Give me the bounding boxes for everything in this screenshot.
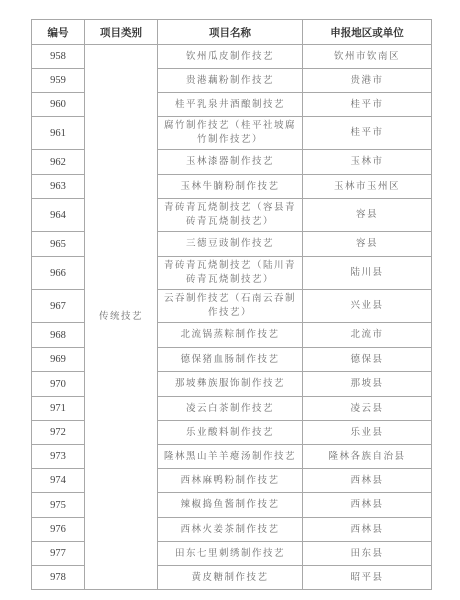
item-name: 桂平乳泉井酒酿制技艺 bbox=[158, 93, 303, 117]
item-number: 973 bbox=[32, 445, 85, 469]
item-region: 凌云县 bbox=[303, 397, 432, 421]
item-region: 德保县 bbox=[303, 348, 432, 372]
item-region: 乐业县 bbox=[303, 421, 432, 445]
item-category: 传统技艺 bbox=[85, 45, 158, 590]
item-region: 容县 bbox=[303, 232, 432, 257]
item-number: 965 bbox=[32, 232, 85, 257]
item-name: 玉林漆器制作技艺 bbox=[158, 150, 303, 175]
item-name: 云吞制作技艺（石南云吞制作技艺） bbox=[158, 290, 303, 323]
item-region: 陆川县 bbox=[303, 257, 432, 290]
item-number: 975 bbox=[32, 493, 85, 518]
item-name: 隆林黑山羊羊瘪汤制作技艺 bbox=[158, 445, 303, 469]
item-name: 三德豆豉制作技艺 bbox=[158, 232, 303, 257]
item-name: 那坡彝族服饰制作技艺 bbox=[158, 372, 303, 397]
item-region: 桂平市 bbox=[303, 93, 432, 117]
item-region: 北流市 bbox=[303, 323, 432, 348]
item-name: 凌云白茶制作技艺 bbox=[158, 397, 303, 421]
header-category: 项目类别 bbox=[85, 20, 158, 45]
item-number: 963 bbox=[32, 175, 85, 199]
item-number: 969 bbox=[32, 348, 85, 372]
item-number: 977 bbox=[32, 542, 85, 566]
item-region: 兴业县 bbox=[303, 290, 432, 323]
header-number: 编号 bbox=[32, 20, 85, 45]
item-name: 黄皮糖制作技艺 bbox=[158, 566, 303, 590]
item-number: 971 bbox=[32, 397, 85, 421]
item-number: 976 bbox=[32, 518, 85, 542]
item-region: 玉林市玉州区 bbox=[303, 175, 432, 199]
item-number: 967 bbox=[32, 290, 85, 323]
header-region: 申报地区或单位 bbox=[303, 20, 432, 45]
item-region: 西林县 bbox=[303, 469, 432, 493]
item-region: 贵港市 bbox=[303, 69, 432, 93]
item-region: 昭平县 bbox=[303, 566, 432, 590]
item-number: 958 bbox=[32, 45, 85, 69]
item-name: 田东七里刺绣制作技艺 bbox=[158, 542, 303, 566]
item-name: 钦州瓜皮制作技艺 bbox=[158, 45, 303, 69]
item-region: 那坡县 bbox=[303, 372, 432, 397]
item-number: 960 bbox=[32, 93, 85, 117]
item-region: 容县 bbox=[303, 199, 432, 232]
item-number: 962 bbox=[32, 150, 85, 175]
item-number: 959 bbox=[32, 69, 85, 93]
table-row: 958传统技艺钦州瓜皮制作技艺钦州市钦南区 bbox=[32, 45, 432, 69]
item-number: 970 bbox=[32, 372, 85, 397]
heritage-items-table: 编号 项目类别 项目名称 申报地区或单位 958传统技艺钦州瓜皮制作技艺钦州市钦… bbox=[31, 19, 432, 590]
item-number: 974 bbox=[32, 469, 85, 493]
item-region: 隆林各族自治县 bbox=[303, 445, 432, 469]
item-number: 972 bbox=[32, 421, 85, 445]
item-number: 961 bbox=[32, 117, 85, 150]
header-name: 项目名称 bbox=[158, 20, 303, 45]
item-name: 青砖青瓦烧制技艺（容县青砖青瓦烧制技艺） bbox=[158, 199, 303, 232]
item-number: 978 bbox=[32, 566, 85, 590]
item-region: 玉林市 bbox=[303, 150, 432, 175]
item-region: 桂平市 bbox=[303, 117, 432, 150]
item-name: 玉林牛腩粉制作技艺 bbox=[158, 175, 303, 199]
item-name: 贵港藕粉制作技艺 bbox=[158, 69, 303, 93]
item-name: 青砖青瓦烧制技艺（陆川青砖青瓦烧制技艺） bbox=[158, 257, 303, 290]
item-name: 德保猪血肠制作技艺 bbox=[158, 348, 303, 372]
item-name: 腐竹制作技艺（桂平社坡腐竹制作技艺） bbox=[158, 117, 303, 150]
item-name: 北流锅蒸粽制作技艺 bbox=[158, 323, 303, 348]
item-number: 964 bbox=[32, 199, 85, 232]
item-number: 966 bbox=[32, 257, 85, 290]
item-region: 田东县 bbox=[303, 542, 432, 566]
item-name: 西林麻鸭粉制作技艺 bbox=[158, 469, 303, 493]
item-name: 辣椒捣鱼酱制作技艺 bbox=[158, 493, 303, 518]
item-name: 西林火姜茶制作技艺 bbox=[158, 518, 303, 542]
item-region: 钦州市钦南区 bbox=[303, 45, 432, 69]
item-region: 西林县 bbox=[303, 493, 432, 518]
item-name: 乐业酸料制作技艺 bbox=[158, 421, 303, 445]
table-header-row: 编号 项目类别 项目名称 申报地区或单位 bbox=[32, 20, 432, 45]
item-region: 西林县 bbox=[303, 518, 432, 542]
item-number: 968 bbox=[32, 323, 85, 348]
